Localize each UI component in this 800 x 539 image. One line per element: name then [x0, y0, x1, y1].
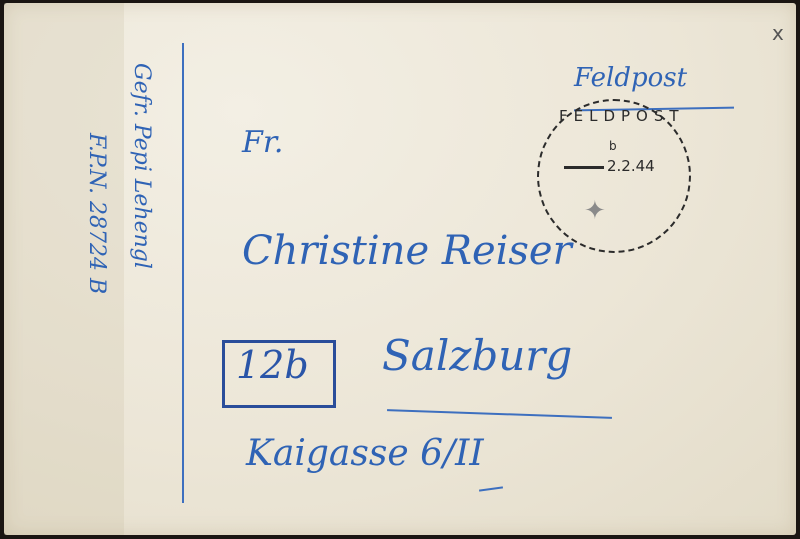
sender-divider-line	[182, 43, 184, 503]
eagle-emblem-icon: ✦	[584, 196, 606, 226]
sender-name: Gefr. Pepi Lehengl	[129, 63, 154, 269]
envelope: x Gefr. Pepi Lehengl F.P.N. 28724 B Feld…	[4, 3, 796, 535]
postmark-letter: b	[609, 139, 617, 153]
recipient-city: Salzburg	[382, 331, 572, 380]
postage-note: Feldpost	[574, 63, 687, 93]
postmark-date: 2.2.44	[607, 157, 655, 175]
postmark-ring-text: FELDPOST	[559, 107, 685, 125]
city-underline	[387, 409, 612, 419]
recipient-street: Kaigasse 6/II	[246, 433, 484, 474]
street-underline	[479, 486, 503, 491]
postmark-bar	[564, 166, 604, 169]
recipient-name: Christine Reiser	[242, 228, 572, 274]
recipient-salutation: Fr.	[242, 125, 283, 160]
sender-fieldpost-number: F.P.N. 28724 B	[84, 133, 109, 294]
postal-code: 12b	[236, 343, 309, 387]
corner-mark: x	[772, 21, 784, 45]
